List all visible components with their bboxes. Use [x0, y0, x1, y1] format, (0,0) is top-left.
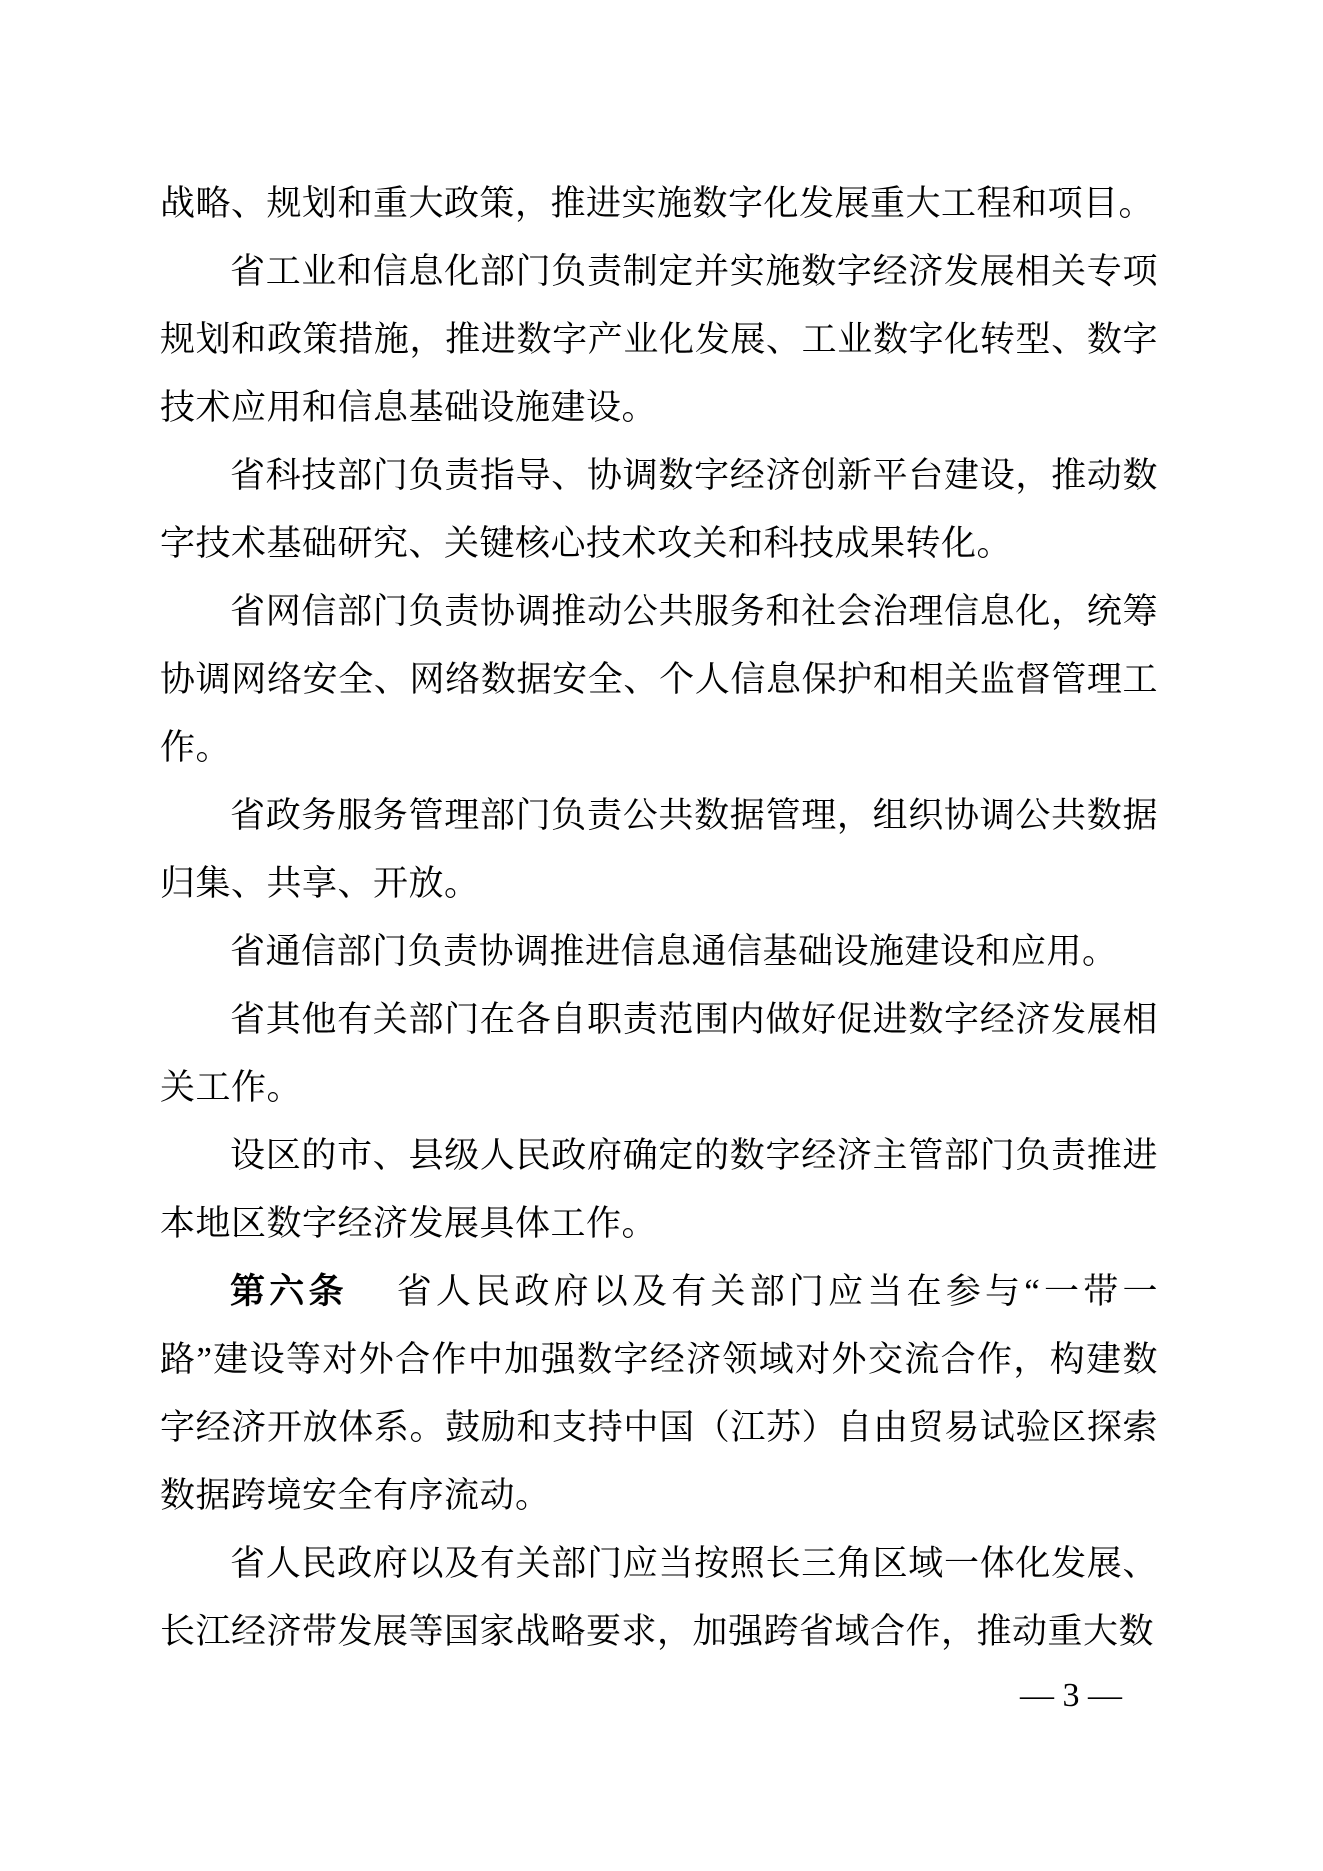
paragraph: 设区的市、县级人民政府确定的数字经济主管部门负责推进本地区数字经济发展具体工作。 [160, 1122, 1158, 1258]
paragraph: 战略、规划和重大政策，推进实施数字化发展重大工程和项目。 [160, 170, 1158, 238]
document-body: 战略、规划和重大政策，推进实施数字化发展重大工程和项目。省工业和信息化部门负责制… [160, 170, 1158, 1666]
page-number: — 3 — [1020, 1677, 1122, 1714]
paragraph: 省其他有关部门在各自职责范围内做好促进数字经济发展相关工作。 [160, 986, 1158, 1122]
paragraph: 省网信部门负责协调推动公共服务和社会治理信息化，统筹协调网络安全、网络数据安全、… [160, 578, 1158, 782]
article-number: 第六条 [230, 1272, 348, 1311]
paragraph: 省科技部门负责指导、协调数字经济创新平台建设，推动数字技术基础研究、关键核心技术… [160, 442, 1158, 578]
document-page: 战略、规划和重大政策，推进实施数字化发展重大工程和项目。省工业和信息化部门负责制… [0, 0, 1323, 1871]
page-footer: — 3 — [160, 1672, 1158, 1720]
paragraph: 省工业和信息化部门负责制定并实施数字经济发展相关专项规划和政策措施，推进数字产业… [160, 238, 1158, 442]
paragraph: 省人民政府以及有关部门应当按照长三角区域一体化发展、长江经济带发展等国家战略要求… [160, 1530, 1158, 1666]
paragraph: 省政务服务管理部门负责公共数据管理，组织协调公共数据归集、共享、开放。 [160, 782, 1158, 918]
paragraph: 第六条省人民政府以及有关部门应当在参与“一带一路”建设等对外合作中加强数字经济领… [160, 1258, 1158, 1530]
paragraph: 省通信部门负责协调推进信息通信基础设施建设和应用。 [160, 918, 1158, 986]
